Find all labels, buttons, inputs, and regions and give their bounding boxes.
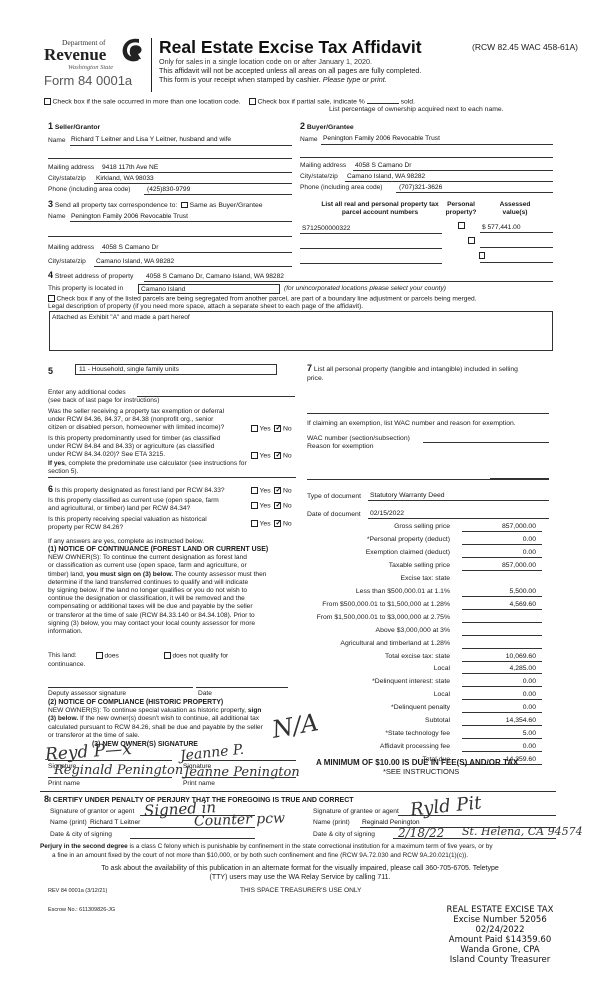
personal-property-heading: 7 List all personal property (tangible a…	[307, 364, 518, 383]
deputy-signature-field[interactable]	[48, 687, 193, 688]
seller-city-field[interactable]: Kirkland, WA 98033	[96, 175, 154, 182]
tax-row-label: Local	[434, 691, 450, 698]
grantee-signature[interactable]: Ryld Pit	[409, 792, 482, 820]
street-address-row: 4 Street address of property	[48, 270, 133, 280]
checkbox[interactable]	[249, 98, 256, 105]
dept-line3: Washington State	[68, 64, 113, 71]
header-note1: Only for sales in a single location code…	[159, 57, 372, 66]
revision-label: REV 84 0001a (3/12/21)	[48, 888, 107, 894]
tax-row-label: *State technology fee	[385, 730, 450, 737]
grantor-date-field[interactable]	[130, 838, 255, 839]
tax-row-label: Subtotal	[425, 717, 450, 724]
yes-checkbox[interactable]	[251, 452, 258, 459]
tax-row-label: *Personal property (deduct)	[367, 536, 450, 543]
partial-percent-field[interactable]	[367, 103, 399, 104]
tax-row-value[interactable]: 4,285.00	[472, 665, 536, 672]
tax-row-label: Excise tax: state	[401, 575, 451, 582]
treasurer-only-label: THIS SPACE TREASURER'S USE ONLY	[240, 887, 361, 894]
ownership-note: List percentage of ownership acquired ne…	[329, 106, 504, 113]
tax-row-label: From $500,000.01 to $1,500,000 at 1.28%	[322, 601, 450, 608]
escrow-number: Escrow No.: 611309826-JG	[48, 907, 115, 913]
tax-row-value[interactable]: 0.00	[472, 691, 536, 698]
no-checkbox[interactable]	[274, 452, 281, 459]
document-date-field[interactable]: 02/15/2022	[370, 510, 404, 517]
correspondence-city-field[interactable]: Camano Island, WA 98282	[96, 258, 174, 265]
header-note2: This affidavit will not be accepted unle…	[159, 66, 421, 75]
tax-row-value[interactable]: 0.00	[472, 743, 536, 750]
yes-checkbox[interactable]	[251, 520, 258, 527]
location-note: (for unincorporated locations please sel…	[284, 285, 446, 292]
grantor-name-field[interactable]: Richard T Leitner	[90, 819, 140, 826]
checkbox[interactable]	[44, 98, 51, 105]
tax-row-value[interactable]: 10,069.60	[472, 653, 536, 660]
s5-ifyes: If yes, complete the predominate use cal…	[48, 460, 247, 476]
tax-row-label: *Delinquent penalty	[391, 704, 450, 711]
tax-row-value[interactable]: 0.00	[472, 536, 536, 543]
grantee-city-field[interactable]: St. Helena, CA 94574	[462, 825, 583, 838]
wac-number-field[interactable]	[423, 442, 549, 443]
tax-row-label: Above $3,000,000 at 3%	[376, 627, 450, 634]
additional-codes-field[interactable]	[137, 396, 295, 397]
buyer-phone-field[interactable]: (707)321-3626	[399, 184, 442, 191]
tax-row-value[interactable]: 0.00	[472, 678, 536, 685]
checkbox[interactable]	[48, 295, 55, 302]
tax-row-label: Less than $500,000.01 at 1.1%	[356, 588, 450, 595]
tax-row-value[interactable]: 857,000.00	[472, 523, 536, 530]
owner-print-name-1[interactable]: Reginald Penington	[54, 763, 183, 778]
tax-row-label: Exemption claimed (deduct)	[366, 549, 450, 556]
s5-q2-answer[interactable]: Yes No	[251, 452, 292, 460]
does-not-qualify-check[interactable]: does not qualify for	[164, 652, 228, 660]
header-divider	[151, 38, 152, 92]
this-land-row: This land:	[48, 652, 77, 659]
s6-q2: Is this property classified as current u…	[48, 497, 219, 513]
legal-description-box[interactable]: Attached as Exhibit "A" and made a part …	[49, 311, 553, 351]
document-type-field[interactable]: Statutory Warranty Deed	[370, 492, 445, 499]
tax-row-value[interactable]: 0.00	[472, 704, 536, 711]
notice-continuance: (1) NOTICE OF CONTINUANCE (FOREST LAND O…	[48, 546, 298, 636]
parcel-number-field[interactable]: S712500000322	[302, 225, 350, 232]
s5-q2: Is this property predominantly used for …	[48, 435, 220, 460]
no-checkbox[interactable]	[274, 502, 281, 509]
location-select[interactable]: Camano Island	[138, 284, 280, 294]
personal-header: Personal property?	[441, 201, 481, 217]
tax-row-label: Gross selling price	[394, 523, 450, 530]
s6-q1: 6 Is this property designated as forest …	[48, 484, 225, 494]
tax-row-label: *Delinquent interest: state	[372, 678, 450, 685]
seller-mailing-field[interactable]: 9418 117th Ave NE	[102, 164, 158, 171]
yes-checkbox[interactable]	[251, 425, 258, 432]
s6-q2-answer[interactable]: Yes No	[251, 502, 292, 510]
tax-row-label: Affidavit processing fee	[380, 743, 450, 750]
s6-q3-answer[interactable]: Yes No	[251, 520, 292, 528]
buyer-mailing-field[interactable]: 4058 S Camano Dr	[355, 162, 411, 169]
grantee-name-field[interactable]: Reginald Penington	[362, 819, 420, 826]
seller-name-field[interactable]: Richard T Leitner and Lisa Y Leitner, hu…	[71, 136, 231, 143]
tax-row-value[interactable]: 4,569.60	[472, 601, 536, 608]
no-checkbox[interactable]	[274, 520, 281, 527]
correspondence-heading: 3 Send all property tax correspondence t…	[48, 199, 263, 209]
notice-compliance: (2) NOTICE OF COMPLIANCE (HISTORIC PROPE…	[48, 699, 298, 740]
tax-row-label: Taxable selling price	[389, 562, 450, 569]
dept-line2: Revenue	[44, 45, 106, 65]
assessed-header: Assessed value(s)	[485, 201, 545, 217]
assessed-value-field[interactable]: $ 577,441.00	[482, 224, 521, 231]
street-address-field[interactable]: 4058 S Camano Dr, Camano Island, WA 9828…	[146, 273, 284, 280]
correspondence-name-field[interactable]: Penington Family 2006 Revocable Trust	[71, 213, 188, 220]
tax-row-value[interactable]: 14,354.60	[472, 717, 536, 724]
multi-location-check[interactable]: Check box if the sale occurred in more t…	[44, 98, 241, 106]
minimum-note: A MINIMUM OF $10.00 IS DUE IN FEE(S) AND…	[316, 758, 518, 767]
tax-row-value[interactable]: 5.00	[472, 730, 536, 737]
partial-sale-check[interactable]: Check box if partial sale, indicate % so…	[249, 98, 415, 106]
yes-checkbox[interactable]	[251, 502, 258, 509]
personal-property-field[interactable]	[307, 413, 549, 414]
yes-checkbox[interactable]	[251, 487, 258, 494]
tax-row-label: Total excise tax: state	[385, 653, 450, 660]
s6-q1-answer[interactable]: Yes No	[251, 487, 292, 495]
seller-heading: 1 Seller/Grantor	[48, 121, 100, 131]
tax-row-label: Agricultural and timberland at 1.28%	[340, 640, 450, 647]
dor-swirl-icon	[119, 36, 145, 64]
checkbox[interactable]	[164, 652, 171, 659]
deputy-date-field[interactable]	[196, 687, 288, 688]
segregated-check[interactable]: Check box if any of the listed parcels a…	[48, 295, 477, 303]
tax-row-value[interactable]: 0.00	[472, 549, 536, 556]
same-as-buyer-checkbox[interactable]	[181, 202, 188, 209]
form-title: Real Estate Excise Tax Affidavit	[159, 37, 422, 58]
legal-label: Legal description of property (if you ne…	[48, 303, 363, 310]
correspondence-mailing-field[interactable]: 4058 S Camano Dr	[102, 244, 158, 251]
owner-signature-1[interactable]: Reyd P—x	[44, 739, 132, 765]
personal-property-checkbox[interactable]	[458, 222, 465, 229]
s5-q1-answer[interactable]: Yes No	[251, 425, 292, 433]
dor-logo: Department of Revenue Washington State	[44, 38, 144, 72]
tax-row-label: From $1,500,000.01 to $3,000,000 at 2.75…	[317, 614, 450, 621]
seller-phone-field[interactable]: (425)830-9799	[147, 186, 190, 193]
tax-row-label: Local	[434, 665, 450, 672]
parcel-table: S712500000322 $ 577,441.00	[0, 0, 600, 8]
buyer-name-field[interactable]: Penington Family 2006 Revocable Trust	[323, 135, 440, 142]
no-checkbox[interactable]	[274, 487, 281, 494]
form-citation: (RCW 82.45 WAC 458-61A)	[472, 42, 578, 52]
treasurer-stamp: REAL ESTATE EXCISE TAX Excise Number 520…	[430, 905, 570, 965]
accessibility-notice: To ask about the availability of this pu…	[40, 864, 560, 882]
buyer-heading: 2 Buyer/Grantee	[300, 121, 354, 131]
buyer-city-field[interactable]: Camano Island, WA 98282	[347, 173, 425, 180]
header-note3: This form is your receipt when stamped b…	[159, 75, 387, 84]
checkbox[interactable]	[96, 652, 103, 659]
s5-q1: Was the seller receiving a property tax …	[48, 408, 224, 433]
personal-property-checkbox[interactable]	[479, 252, 486, 259]
personal-property-checkbox[interactable]	[468, 237, 475, 244]
tax-row-value[interactable]: 857,000.00	[472, 562, 536, 569]
tax-row-value[interactable]: 5,500.00	[472, 588, 536, 595]
parcel-header: List all real and personal property tax …	[300, 201, 460, 217]
does-qualify-check[interactable]: does	[96, 652, 119, 660]
no-checkbox[interactable]	[274, 425, 281, 432]
perjury-notice: Perjury in the second degree is a class …	[40, 843, 493, 860]
use-code-select[interactable]: 11 - Household, single family units	[75, 364, 277, 375]
form-number: Form 84 0001a	[44, 73, 132, 88]
s6-q3: Is this property receiving special valua…	[48, 516, 207, 532]
